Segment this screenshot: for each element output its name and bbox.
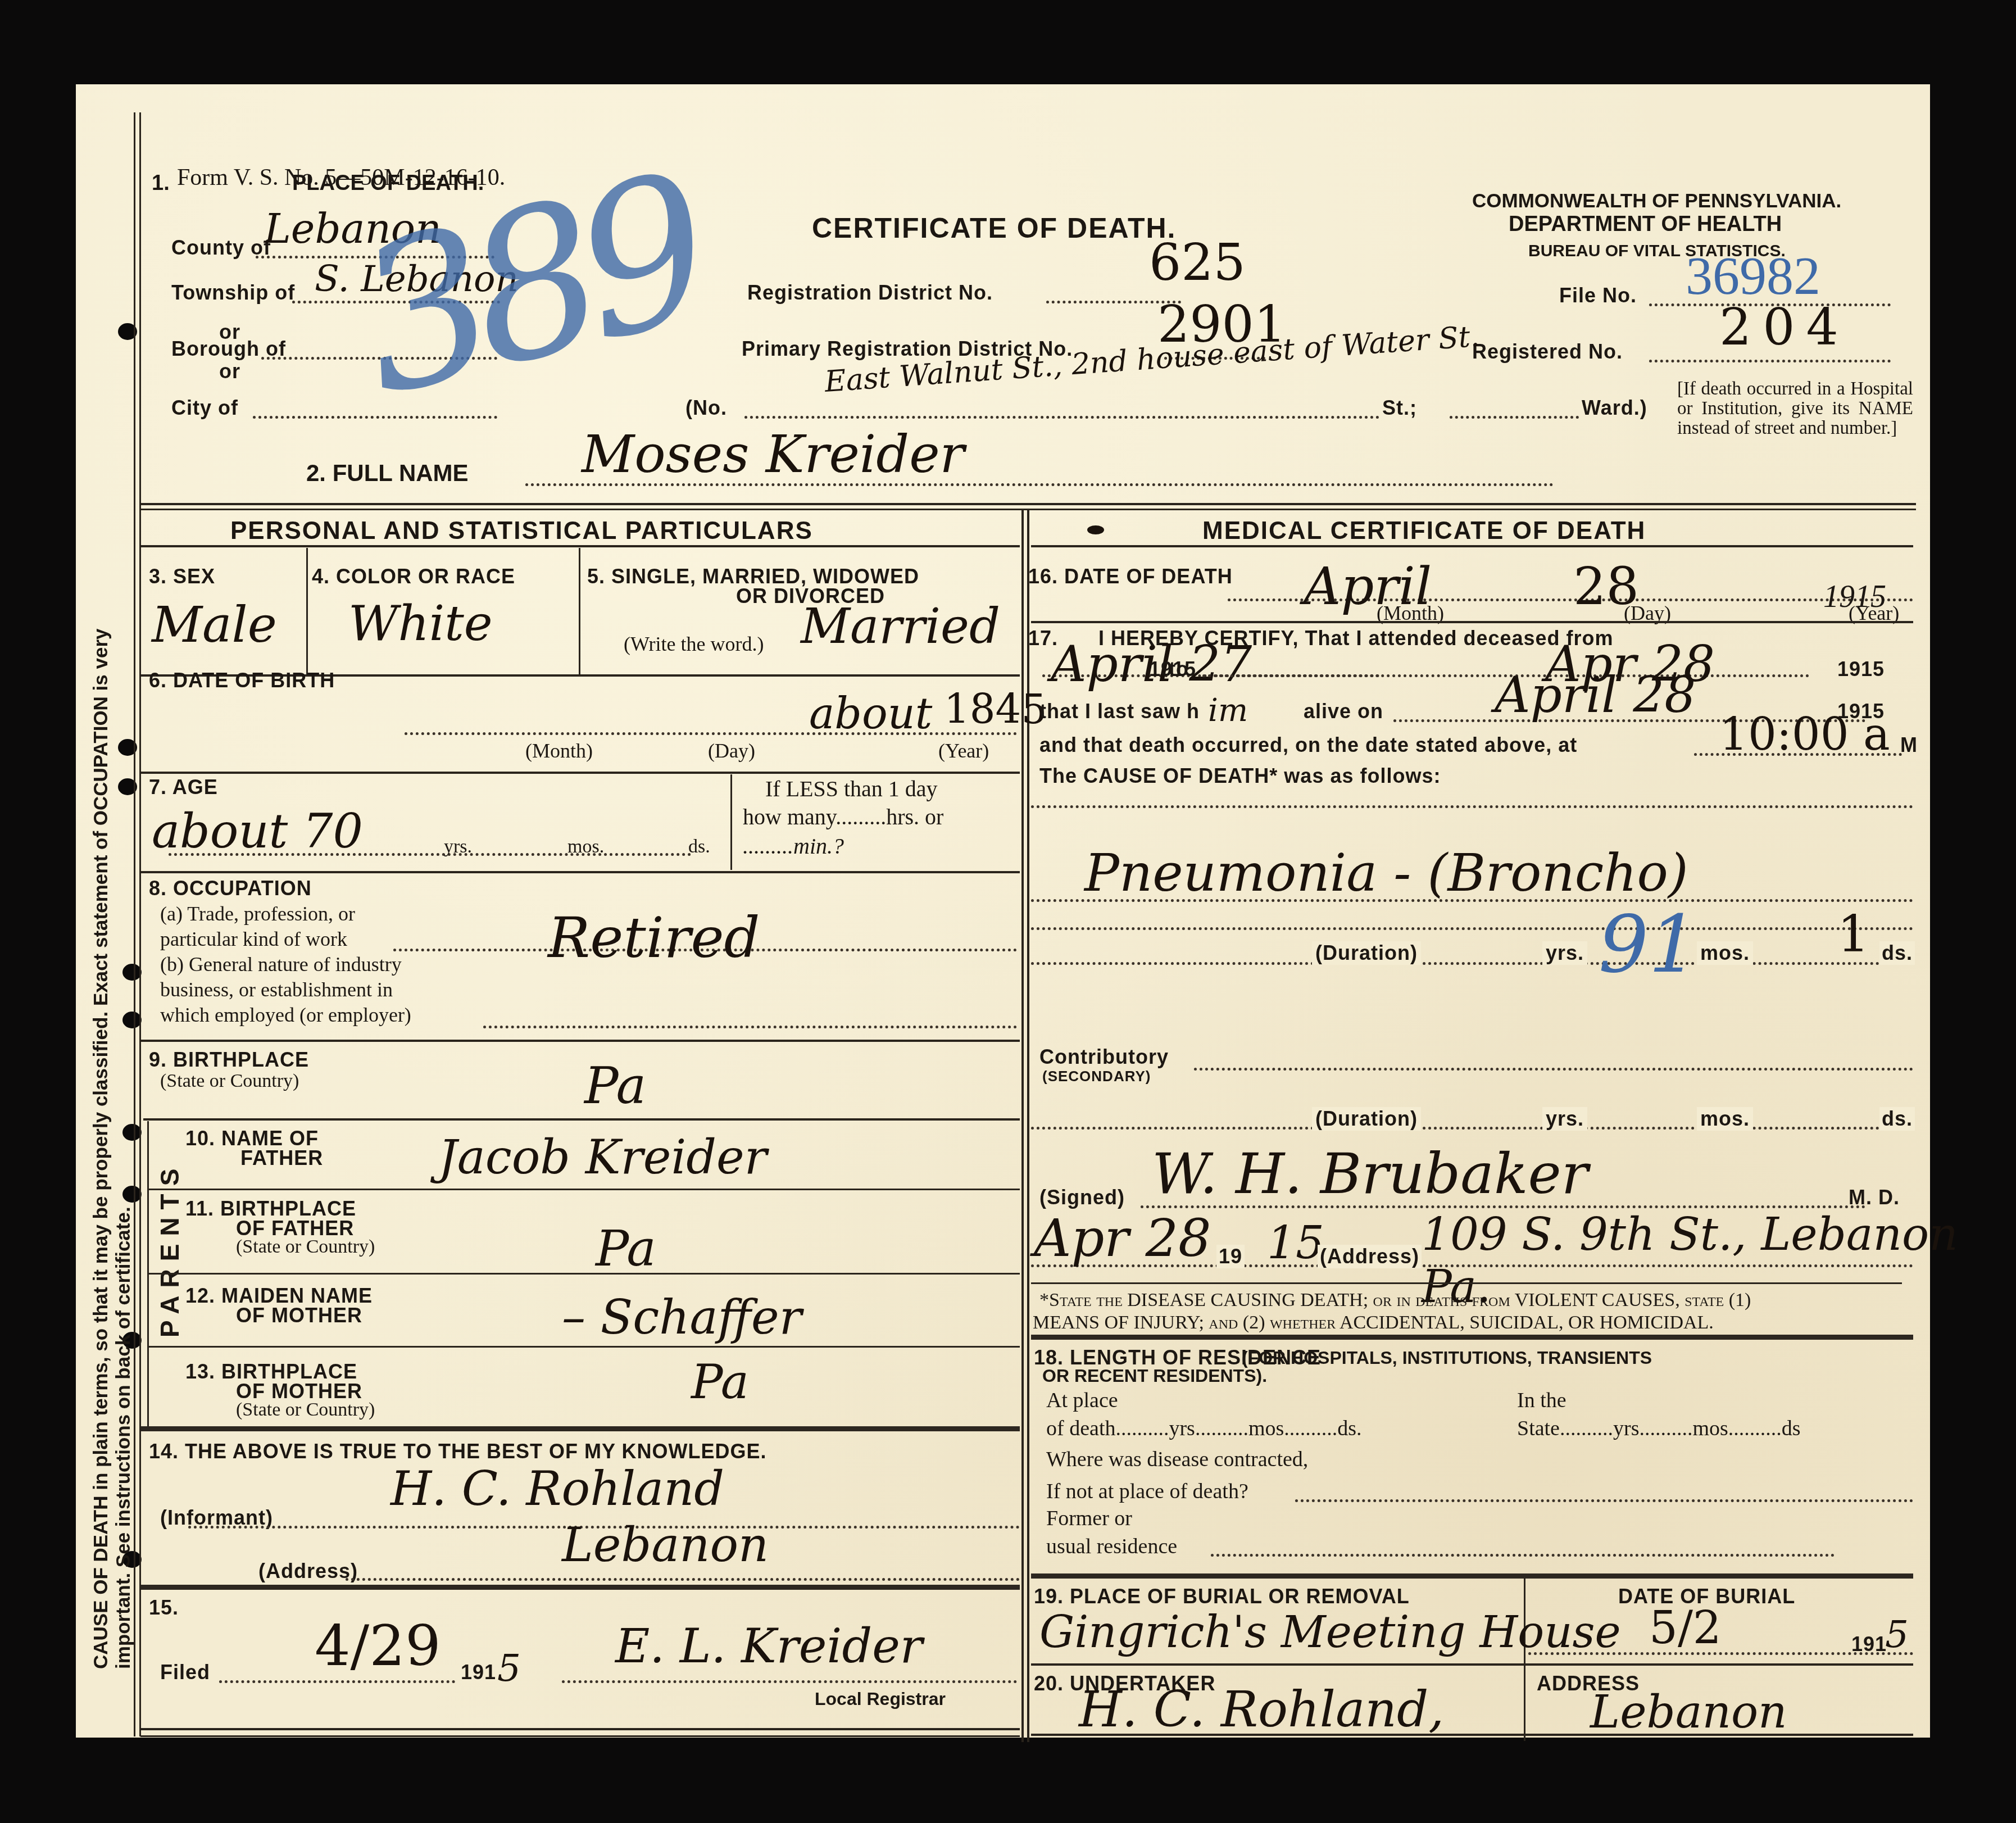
binding-hole [122, 1186, 142, 1203]
duration-mos-2: mos. [1697, 1107, 1753, 1131]
row-divider [1031, 1282, 1902, 1284]
age-value[interactable]: about 70 [152, 804, 363, 859]
duration-label-1: (Duration) [1312, 941, 1421, 965]
filed-year-prefix: 191 [461, 1661, 496, 1684]
row-divider [147, 1189, 1020, 1190]
at-place-1: At place [1046, 1388, 1118, 1413]
informant-address-line [346, 1578, 1020, 1581]
margin-note-line1: CAUSE OF DEATH in plain terms, so that i… [90, 628, 112, 1669]
signed-year-suffix[interactable]: 15 [1267, 1217, 1324, 1269]
issuer-line1: COMMONWEALTH OF PENNSYLVANIA. [1472, 190, 1841, 212]
section-divider [140, 1426, 1020, 1431]
place-of-death-number: 1. [152, 171, 170, 196]
bottom-rule [140, 1728, 1020, 1730]
parents-divider [147, 1121, 149, 1430]
contracted-1: Where was disease contracted, [1046, 1447, 1308, 1472]
last-saw-label-2: alive on [1304, 700, 1383, 723]
physician-address-label: (Address) [1318, 1245, 1422, 1268]
dob-month-caption: (Month) [525, 739, 593, 763]
registered-number-line [1649, 360, 1891, 362]
filed-year-suffix[interactable]: 5 [497, 1647, 521, 1690]
street-no-label: (No. [685, 396, 727, 420]
duration-ds-2: ds. [1879, 1107, 1915, 1131]
occupation-b2: business, or establishment in [160, 978, 393, 1001]
section-divider [1031, 1335, 1913, 1340]
full-name-value[interactable]: Moses Kreider [582, 424, 965, 484]
signed-label: (Signed) [1039, 1186, 1125, 1209]
full-name-label: 2. FULL NAME [306, 460, 469, 487]
registrar-line [562, 1680, 1017, 1683]
footnote-line1: *State the DISEASE CAUSING DEATH; or in … [1039, 1290, 1751, 1311]
informant-value[interactable]: H. C. Rohland [391, 1461, 724, 1516]
row-divider [140, 772, 1020, 774]
filing-number: 15. [149, 1596, 179, 1620]
dob-label: 6. DATE OF BIRTH [149, 669, 335, 692]
row-divider [140, 545, 1020, 547]
signed-year-prefix: 19 [1216, 1245, 1245, 1268]
informant-heading: 14. THE ABOVE IS TRUE TO THE BEST OF MY … [149, 1440, 766, 1463]
personal-heading: PERSONAL AND STATISTICAL PARTICULARS [230, 517, 813, 545]
contracted-line[interactable] [1295, 1499, 1913, 1502]
time-label: and that death occurred, on the date sta… [1039, 733, 1577, 757]
occupation-b-line [483, 1026, 1017, 1028]
cause-value[interactable]: Pneumonia - (Broncho) [1084, 843, 1688, 903]
issuer-line2: DEPARTMENT OF HEALTH [1509, 212, 1782, 237]
age-yrs-label: yrs. [444, 836, 472, 858]
last-saw-value[interactable]: April 28 [1495, 666, 1696, 724]
signed-date-value[interactable]: Apr 28 [1034, 1208, 1211, 1268]
binding-hole [122, 1124, 142, 1141]
parents-label: PARENTS [155, 1161, 185, 1337]
contributory-line[interactable] [1194, 1068, 1913, 1071]
burial-year-suffix[interactable]: 5 [1885, 1613, 1909, 1656]
less-than-day-2: how many.........hrs. or [743, 804, 943, 830]
to-label: to [1169, 657, 1189, 681]
time-suffix: M [1900, 733, 1918, 757]
sex-label: 3. SEX [149, 565, 215, 588]
file-number-label: File No. [1559, 284, 1637, 307]
registration-district-label: Registration District No. [747, 281, 993, 305]
former-1: Former or [1046, 1506, 1132, 1531]
mother-bp-hint: (State or Country) [236, 1399, 375, 1421]
duration-days-value[interactable]: 1 [1837, 905, 1869, 964]
dod-label: 16. DATE OF DEATH [1028, 565, 1233, 588]
father-bp-hint: (State or Country) [236, 1236, 375, 1258]
cell-divider [306, 548, 308, 674]
footnote-line2: MEANS OF INJURY; and (2) whether ACCIDEN… [1033, 1312, 1714, 1334]
row-divider [1031, 1663, 1913, 1666]
cell-divider [730, 774, 732, 870]
duration-line-2 [1031, 1127, 1913, 1130]
duration-line-1 [1031, 962, 1913, 965]
cause-label: The CAUSE OF DEATH* was as follows: [1039, 764, 1441, 788]
mother-name-label-2: OF MOTHER [236, 1304, 362, 1327]
hospital-note: [If death occurred in a Hospital or Inst… [1677, 379, 1913, 438]
dob-day-value[interactable]: about [809, 688, 932, 738]
contracted-2: If not at place of death? [1046, 1479, 1248, 1504]
in-state-2: State..........yrs..........mos.........… [1517, 1416, 1801, 1441]
md-label: M. D. [1849, 1186, 1900, 1209]
burial-place-label: 19. PLACE OF BURIAL OR REMOVAL [1034, 1585, 1410, 1608]
filed-value[interactable]: 4/29 [315, 1613, 441, 1679]
duration-label-2: (Duration) [1312, 1107, 1421, 1131]
occupation-b1: (b) General nature of industry [160, 953, 402, 976]
duration-blue-mark: 91 [1599, 899, 1699, 991]
last-saw-pronoun[interactable]: im [1208, 692, 1248, 729]
registrar-value[interactable]: E. L. Kreider [615, 1618, 923, 1674]
cause-line-3 [1031, 927, 1913, 930]
age-label: 7. AGE [149, 776, 218, 799]
section-divider [1031, 1573, 1913, 1579]
former-line[interactable] [1211, 1554, 1835, 1557]
sex-value[interactable]: Male [152, 596, 277, 654]
margin-rule [134, 112, 135, 1736]
in-state-1: In the [1517, 1388, 1567, 1413]
occupation-b3: which employed (or employer) [160, 1003, 411, 1027]
residence-note-1: (FOR HOSPITALS, INSTITUTIONS, TRANSIENTS [1242, 1348, 1652, 1368]
birthplace-label: 9. BIRTHPLACE [149, 1048, 309, 1072]
street-field-line [744, 416, 1379, 419]
row-divider [147, 1346, 1020, 1348]
marital-value[interactable]: Married [801, 598, 1000, 655]
binding-hole [122, 964, 142, 981]
father-bp-value[interactable]: Pa [596, 1219, 656, 1277]
informant-address-value[interactable]: Lebanon [562, 1517, 769, 1572]
informant-address-label: (Address) [258, 1559, 358, 1583]
father-name-label-2: FATHER [240, 1146, 323, 1170]
row-divider [140, 1040, 1020, 1042]
burial-year-prefix: 191 [1851, 1632, 1887, 1656]
dob-day-caption: (Day) [708, 739, 755, 763]
dob-year-caption: (Year) [938, 739, 989, 763]
registered-number-value[interactable]: 204 [1719, 298, 1850, 357]
occupation-label: 8. OCCUPATION [149, 877, 312, 900]
registration-district-value[interactable]: 625 [1149, 233, 1246, 292]
age-mos-label: mos. [567, 836, 604, 858]
registered-number-label: Registered No. [1472, 340, 1623, 364]
duration-mos-1: mos. [1697, 941, 1753, 965]
duration-ds-1: ds. [1879, 941, 1915, 965]
margin-rule [139, 112, 141, 1736]
filed-label: Filed [160, 1661, 210, 1684]
attended-to-year: 1915 [1837, 657, 1885, 681]
residence-note-2: OR RECENT RESIDENTS). [1042, 1366, 1267, 1386]
ward-label: Ward.) [1582, 396, 1647, 420]
at-place-2: of death..........yrs..........mos......… [1046, 1416, 1362, 1441]
occupation-a2: particular kind of work [160, 927, 347, 951]
occupation-value[interactable]: Retired [548, 905, 760, 971]
birthplace-hint: (State or Country) [160, 1071, 299, 1092]
row-divider [147, 1273, 1020, 1275]
race-label: 4. COLOR OR RACE [312, 565, 515, 588]
duration-yrs-1: yrs. [1542, 941, 1587, 965]
row-divider [1031, 545, 1913, 547]
row-divider [140, 871, 1020, 873]
township-label: Township of [171, 281, 295, 305]
birthplace-value[interactable]: Pa [584, 1056, 646, 1115]
burial-place-value[interactable]: Gingrich's Meeting House [1039, 1607, 1621, 1658]
cell-divider [1524, 1578, 1525, 1741]
margin-note-line2: important. See instructions on back of c… [112, 1207, 135, 1669]
race-value[interactable]: White [348, 596, 493, 652]
mother-bp-value[interactable]: Pa [691, 1354, 749, 1409]
ink-blot [1087, 525, 1104, 534]
occupation-a1: (a) Trade, profession, or [160, 902, 355, 926]
or-label: or [219, 360, 240, 383]
ward-field-line[interactable] [1450, 416, 1579, 419]
last-saw-label-1: that I last saw h [1039, 700, 1200, 723]
city-label: City of [171, 396, 238, 420]
less-than-day-1: If LESS than 1 day [765, 776, 938, 802]
duration-yrs-2: yrs. [1542, 1107, 1587, 1131]
mother-name-value[interactable]: – Schaffer [562, 1290, 802, 1345]
father-name-value[interactable]: Jacob Kreider [438, 1130, 767, 1185]
contributory-hint: (SECONDARY) [1042, 1068, 1151, 1085]
filed-line [219, 1680, 455, 1683]
age-ds-label: ds. [688, 836, 710, 858]
section-divider [140, 1585, 1020, 1590]
bottom-rule [140, 1735, 1020, 1737]
cause-line-1 [1031, 805, 1913, 808]
certificate-title: CERTIFICATE OF DEATH. [812, 212, 1176, 244]
former-2: usual residence [1046, 1534, 1177, 1559]
signed-value[interactable]: W. H. Brubaker [1152, 1141, 1588, 1207]
undertaker-value[interactable]: H. C. Rohland, [1079, 1680, 1444, 1738]
undertaker-address-value[interactable]: Lebanon [1590, 1686, 1787, 1738]
contributory-label: Contributory [1039, 1045, 1169, 1069]
section-divider [140, 503, 1916, 505]
medical-heading: MEDICAL CERTIFICATE OF DEATH [1202, 517, 1646, 545]
time-value[interactable]: 10:00 a [1719, 708, 1890, 760]
row-divider [143, 1118, 1020, 1121]
age-field-line [169, 853, 691, 856]
street-st-label: St.; [1382, 396, 1417, 420]
binding-hole [122, 1012, 142, 1028]
row-divider [1031, 621, 1913, 623]
marital-hint: (Write the word.) [624, 632, 764, 656]
bottom-rule [1031, 1734, 1913, 1736]
less-than-day-3: .........min.? [743, 833, 844, 859]
cell-divider [579, 548, 580, 674]
registrar-label: Local Registrar [815, 1689, 946, 1709]
dob-year-value[interactable]: 1845 [944, 686, 1047, 733]
burial-date-value[interactable]: 5/2 [1649, 1602, 1722, 1654]
